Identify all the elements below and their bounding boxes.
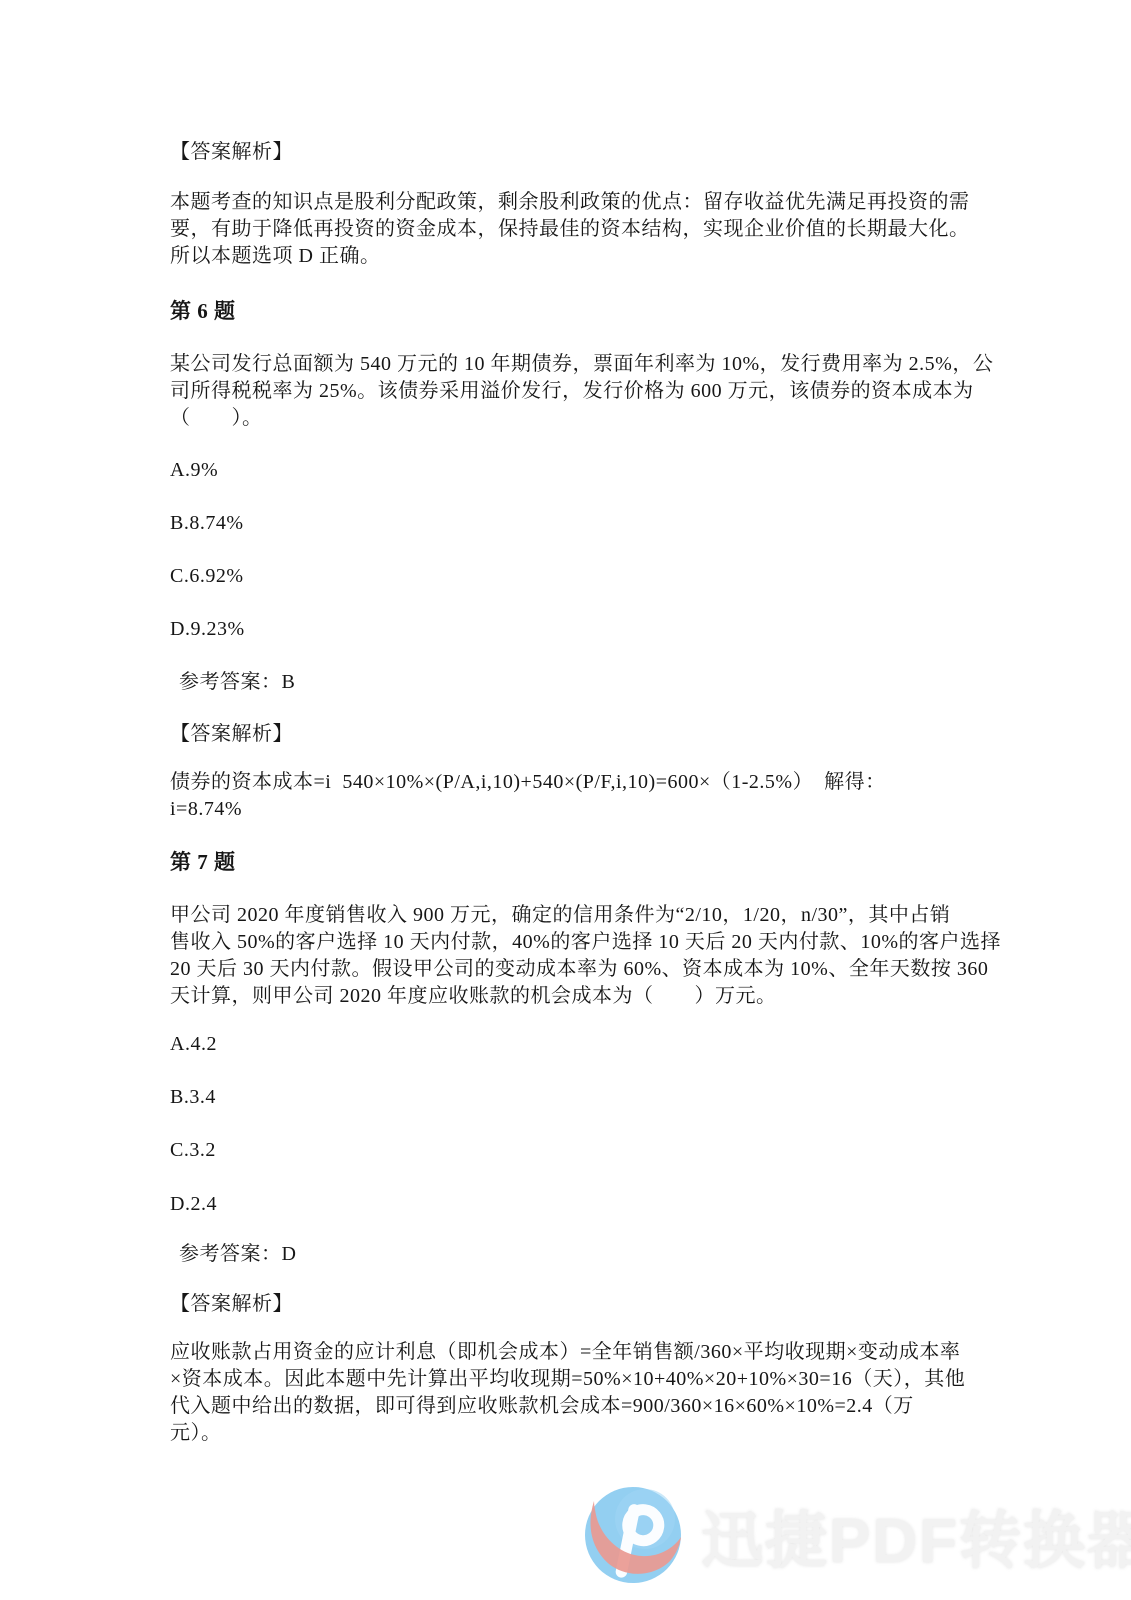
question-7-analysis-line: ×资本成本。因此本题中先计算出平均收现期=50%×10+40%×20+10%×3… bbox=[170, 1366, 973, 1393]
analysis-text-line: 要，有助于降低再投资的资金成本，保持最佳的资本结构，实现企业价值的长期最大化。 bbox=[170, 216, 973, 243]
question-6-body: 某公司发行总面额为 540 万元的 10 年期债券，票面年利率为 10%，发行费… bbox=[170, 351, 973, 432]
watermark-text: 迅捷PDF转换器 bbox=[701, 1491, 1131, 1580]
question-7-analysis-line: 元）。 bbox=[170, 1420, 973, 1447]
question-6-analysis-heading: 【答案解析】 bbox=[170, 721, 973, 748]
watermark: 迅捷PDF转换器 bbox=[583, 1485, 1131, 1585]
question-7-title: 第 7 题 bbox=[170, 849, 973, 876]
analysis-text-line: 本题考查的知识点是股利分配政策，剩余股利政策的优点：留存收益优先满足再投资的需 bbox=[170, 189, 973, 216]
question-7-text-line: 天计算，则甲公司 2020 年度应收账款的机会成本为（ ）万元。 bbox=[170, 983, 973, 1010]
question-7-text-line: 20 天后 30 天内付款。假设甲公司的变动成本率为 60%、资本成本为 10%… bbox=[170, 956, 973, 983]
question-7-option-b: B.3.4 bbox=[170, 1084, 973, 1111]
question-7-option-c: C.3.2 bbox=[170, 1137, 973, 1164]
question-7-option-a: A.4.2 bbox=[170, 1031, 973, 1058]
question-7-reference-answer: 参考答案：D bbox=[170, 1241, 973, 1268]
question-7-text-line: 售收入 50%的客户选择 10 天内付款，40%的客户选择 10 天后 20 天… bbox=[170, 929, 973, 956]
question-7-body: 甲公司 2020 年度销售收入 900 万元，确定的信用条件为“2/10，1/2… bbox=[170, 902, 973, 1010]
analysis-text-line: 所以本题选项 D 正确。 bbox=[170, 243, 973, 270]
analysis-heading: 【答案解析】 bbox=[170, 139, 973, 166]
question-6-text-line: （ ）。 bbox=[170, 405, 973, 432]
document-page: 【答案解析】 本题考查的知识点是股利分配政策，剩余股利政策的优点：留存收益优先满… bbox=[0, 0, 1131, 1600]
question-6-analysis: 债券的资本成本=i 540×10%×(P/A,i,10)+540×(P/F,i,… bbox=[170, 769, 973, 823]
question-6-text-line: 司所得税税率为 25%。该债券采用溢价发行，发行价格为 600 万元，该债券的资… bbox=[170, 378, 973, 405]
question-7-analysis-heading: 【答案解析】 bbox=[170, 1291, 973, 1318]
question-7-text-line: 甲公司 2020 年度销售收入 900 万元，确定的信用条件为“2/10，1/2… bbox=[170, 902, 973, 929]
question-7-analysis: 应收账款占用资金的应计利息（即机会成本）=全年销售额/360×平均收现期×变动成… bbox=[170, 1339, 973, 1447]
question-6-reference-answer: 参考答案：B bbox=[170, 669, 973, 696]
question-7-analysis-line: 代入题中给出的数据，即可得到应收账款机会成本=900/360×16×60%×10… bbox=[170, 1393, 973, 1420]
question-7-analysis-line: 应收账款占用资金的应计利息（即机会成本）=全年销售额/360×平均收现期×变动成… bbox=[170, 1339, 973, 1366]
question-6-option-b: B.8.74% bbox=[170, 510, 973, 537]
question-6-option-d: D.9.23% bbox=[170, 616, 973, 643]
page-content: 【答案解析】 本题考查的知识点是股利分配政策，剩余股利政策的优点：留存收益优先满… bbox=[0, 0, 1131, 1447]
question-6-analysis-line: i=8.74% bbox=[170, 796, 973, 823]
analysis-paragraph: 本题考查的知识点是股利分配政策，剩余股利政策的优点：留存收益优先满足再投资的需 … bbox=[170, 189, 973, 270]
question-6-title: 第 6 题 bbox=[170, 298, 973, 325]
question-6-option-a: A.9% bbox=[170, 457, 973, 484]
question-6-analysis-line: 债券的资本成本=i 540×10%×(P/A,i,10)+540×(P/F,i,… bbox=[170, 769, 973, 796]
question-6-text-line: 某公司发行总面额为 540 万元的 10 年期债券，票面年利率为 10%，发行费… bbox=[170, 351, 973, 378]
pdf-converter-logo-icon bbox=[583, 1485, 683, 1585]
question-7-option-d: D.2.4 bbox=[170, 1191, 973, 1218]
question-6-option-c: C.6.92% bbox=[170, 563, 973, 590]
